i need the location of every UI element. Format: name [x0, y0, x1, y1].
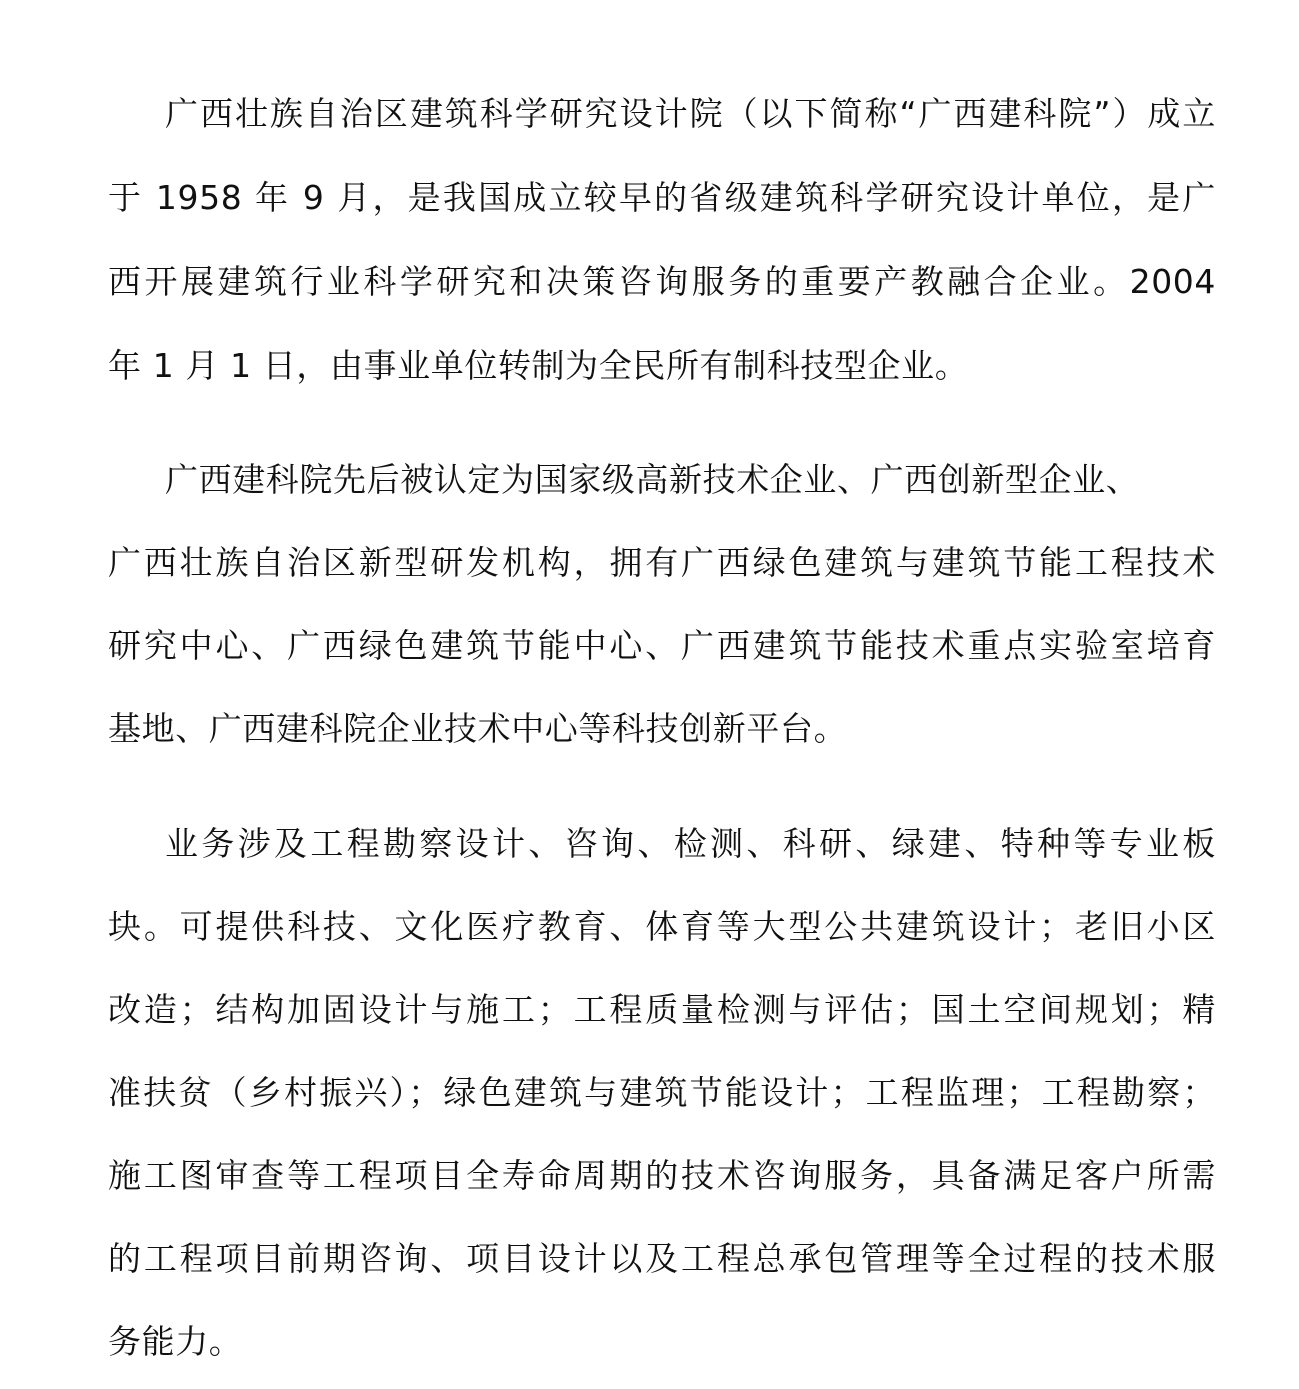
paragraph-line: 业务涉及工程勘察设计、咨询、检测、科研、绿建、特种等专业板 [165, 822, 1216, 866]
paragraph-line: 广西壮族自治区新型研发机构，拥有广西绿色建筑与建筑节能工程技术 [108, 541, 1216, 585]
paragraph-line: 广西建科院先后被认定为国家级高新技术企业、广西创新型企业、 [165, 458, 1139, 502]
paragraph-line: 务能力。 [108, 1320, 242, 1364]
paragraph-line: 块。可提供科技、文化医疗教育、体育等大型公共建筑设计；老旧小区 [108, 905, 1216, 949]
paragraph-line: 施工图审查等工程项目全寿命周期的技术咨询服务，具备满足客户所需 [108, 1154, 1216, 1198]
paragraph-line: 西开展建筑行业科学研究和决策咨询服务的重要产教融合企业。2004 [108, 260, 1216, 304]
paragraph-line: 准扶贫（乡村振兴）；绿色建筑与建筑节能设计；工程监理；工程勘察； [108, 1071, 1216, 1115]
paragraph-line: 基地、广西建科院企业技术中心等科技创新平台。 [108, 707, 847, 751]
paragraph-line: 的工程项目前期咨询、项目设计以及工程总承包管理等全过程的技术服 [108, 1237, 1216, 1281]
paragraph-line: 年 1 月 1 日，由事业单位转制为全民所有制科技型企业。 [108, 344, 968, 388]
paragraph-line: 于 1958 年 9 月，是我国成立较早的省级建筑科学研究设计单位，是广 [108, 176, 1216, 220]
paragraph-line: 改造；结构加固设计与施工；工程质量检测与评估；国土空间规划；精 [108, 988, 1216, 1032]
paragraph-line: 广西壮族自治区建筑科学研究设计院（以下简称“广西建科院”）成立 [165, 92, 1216, 136]
paragraph-line: 研究中心、广西绿色建筑节能中心、广西建筑节能技术重点实验室培育 [108, 624, 1216, 668]
